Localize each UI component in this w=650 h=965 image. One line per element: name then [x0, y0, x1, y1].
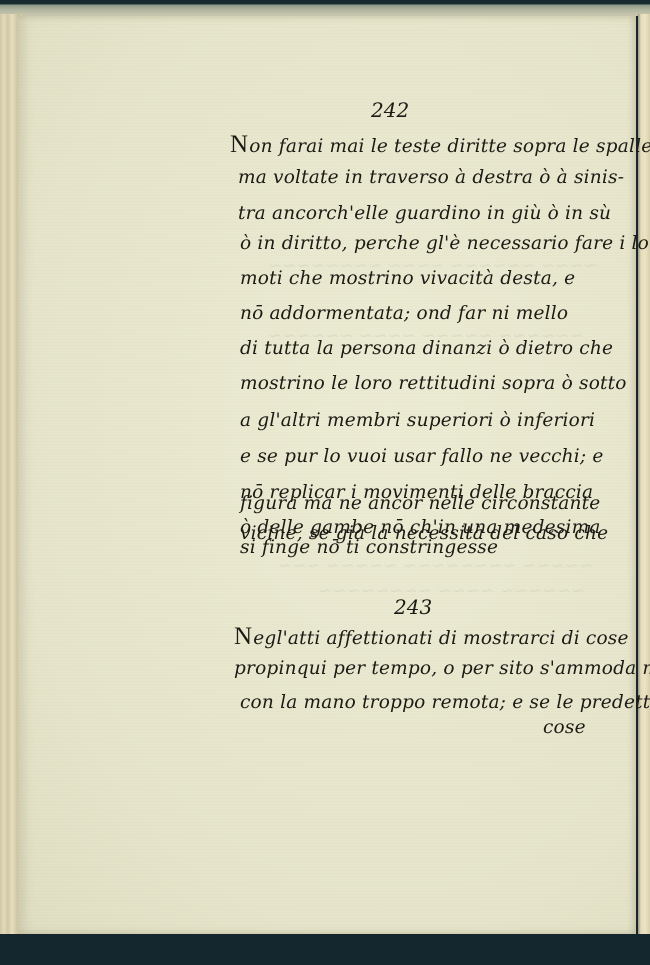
manuscript-line: si finge nō ti constringesse	[240, 537, 498, 558]
section-number: 243	[394, 595, 432, 619]
manuscript-line: mostrino le loro rettitudini sopra ò sot…	[240, 373, 627, 394]
manuscript-line: Negl'atti affettionati di mostrarci di c…	[234, 623, 629, 651]
section-number: 242	[371, 98, 409, 122]
initial-letter: N	[234, 623, 252, 650]
manuscript-line: ma voltate in traverso à destra ò à sini…	[238, 167, 624, 188]
bleed-through-text: ~~~~~ ~~~~~~~~ ~~~~~ ~~~	[278, 556, 593, 576]
manuscript-line: a gl'altri membri superiori ò inferiori	[240, 410, 595, 431]
scan-top-edge	[0, 0, 650, 16]
scan-bottom-edge	[0, 934, 650, 965]
manuscript-line: e se pur lo vuoi usar fallo ne vecchi; e	[240, 446, 604, 467]
bleed-through-text: ~~~~~~ ~~~~ ~~~~~~~~	[318, 581, 585, 601]
manuscript-line: moti che mostrino vivacità desta, e	[240, 268, 575, 289]
manuscript-line: propinqui per tempo, o per sito s'ammoda…	[234, 658, 650, 679]
manuscript-line: tra ancorch'elle guardino in giù ò in sù	[238, 203, 611, 224]
manuscript-line: ò in diritto, perche gl'è necessario far…	[240, 233, 650, 254]
manuscript-scan: ~~~~ ~~~~~~ ~~~~ ~~~~~~~~ ~~~~~~ ~~~~~ ~…	[0, 0, 650, 965]
manuscript-line: Non farai mai le teste diritte sopra le …	[230, 131, 650, 159]
manuscript-line: con la mano troppo remota; e se le prede…	[240, 692, 650, 713]
manuscript-line: di tutta la persona dinanzi ò dietro che	[240, 338, 613, 359]
manuscript-line: figura ma ne ancor nelle circonstante	[240, 493, 600, 514]
initial-letter: N	[230, 131, 248, 158]
catchword: cose	[543, 717, 586, 738]
manuscript-line: nō addormentata; ond far ni mello	[240, 303, 568, 324]
